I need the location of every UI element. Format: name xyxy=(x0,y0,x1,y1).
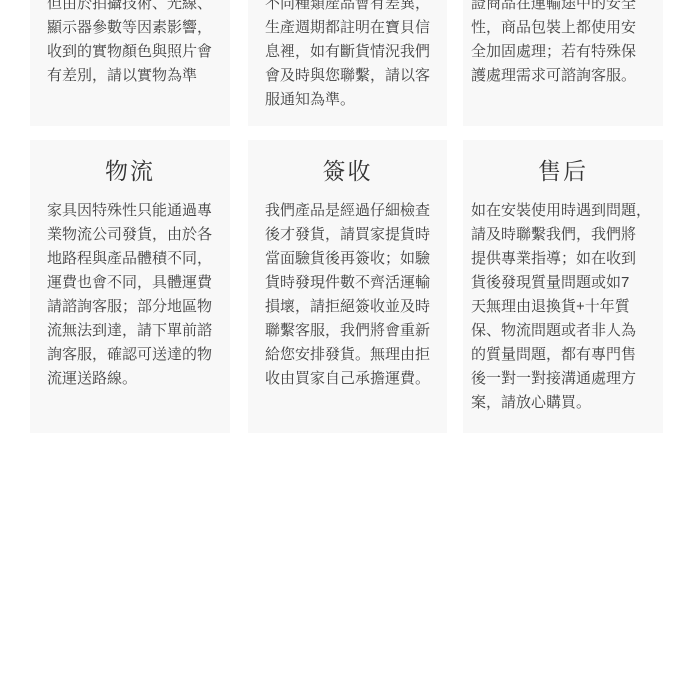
card-title-sign-receipt: 簽收 xyxy=(248,160,447,183)
card-body: 如在安裝使用時遇到問題， 請及時聯繫我們，我們將 提供專業指導；如在收到 貨後發… xyxy=(471,199,655,415)
policy-card-production-note: 不同種類產品會有差異， 生產週期都註明在寶貝信 息裡，如有斷貨情況我們 會及時與… xyxy=(248,0,447,126)
policy-card-color-note: 但由於拍攝技術、光線、 顯示器參數等因素影響， 收到的實物顏色與照片會 有差別，… xyxy=(30,0,230,126)
policy-card-sign-receipt: 簽收 我們產品是經過仔細檢查 後才發貨，請買家提貨時 當面驗貨後再簽收；如驗 貨… xyxy=(248,140,447,433)
product-policy-page: { "colors": { "page_background": "#fffff… xyxy=(0,0,700,700)
card-body: 不同種類產品會有差異， 生產週期都註明在寶貝信 息裡，如有斷貨情況我們 會及時與… xyxy=(265,0,433,112)
card-body: 我們產品是經過仔細檢查 後才發貨，請買家提貨時 當面驗貨後再簽收；如驗 貨時發現… xyxy=(265,199,433,391)
card-body: 證商品在運輸途中的安全 性，商品包裝上都使用安 全加固處理；若有特殊保 護處理需… xyxy=(471,0,655,88)
card-body: 家具因特殊性只能通過專 業物流公司發貨，由於各 地路程與產品體積不同， 運費也會… xyxy=(47,199,216,391)
card-body: 但由於拍攝技術、光線、 顯示器參數等因素影響， 收到的實物顏色與照片會 有差別，… xyxy=(47,0,216,88)
policy-card-packaging-note: 證商品在運輸途中的安全 性，商品包裝上都使用安 全加固處理；若有特殊保 護處理需… xyxy=(463,0,663,126)
card-title-logistics: 物流 xyxy=(30,160,230,183)
card-title-after-sales: 售后 xyxy=(463,160,663,183)
policy-card-logistics: 物流 家具因特殊性只能通過專 業物流公司發貨，由於各 地路程與產品體積不同， 運… xyxy=(30,140,230,433)
policy-card-after-sales: 售后 如在安裝使用時遇到問題， 請及時聯繫我們，我們將 提供專業指導；如在收到 … xyxy=(463,140,663,433)
